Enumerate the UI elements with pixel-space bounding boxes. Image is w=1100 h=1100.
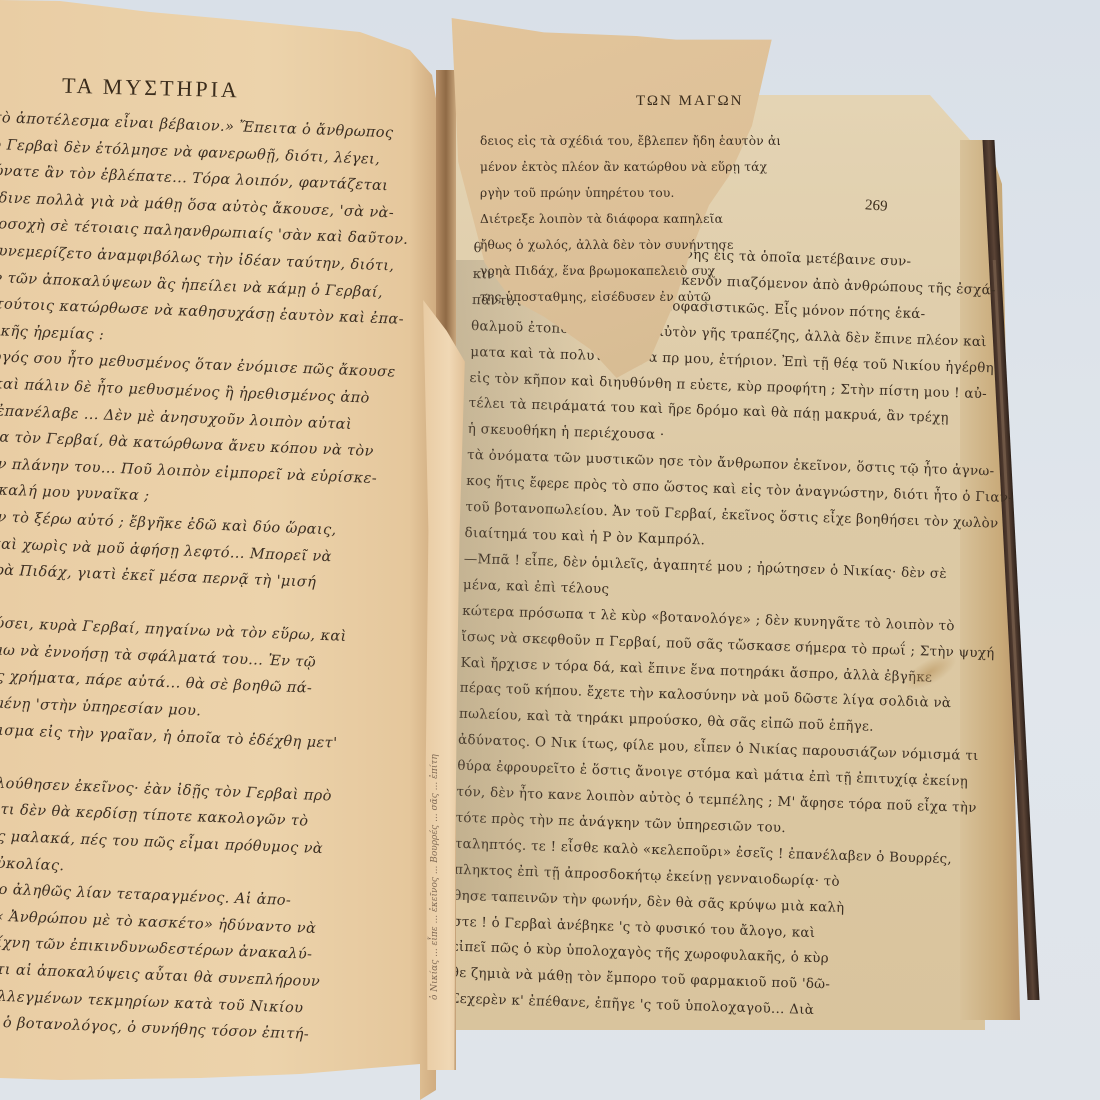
text-line: δειος εἰς τὰ σχέδιά του, ἔβλεπεν ἤδη ἑαυ… [480,128,780,154]
torn-flap-text: δειος εἰς τὰ σχέδιά του, ἔβλεπεν ἤδη ἑαυ… [480,128,780,310]
left-page-text: τὸ ἀποτέλεσμα εἶναι βέβαιον.» Ἔπειτα ὁ ἄ… [0,105,412,1051]
left-running-head: ΤΑ ΜΥΣΤΗΡΙΑ [62,73,241,104]
text-line: Διέτρεξε λοιπὸν τὰ διάφορα καπηλεῖα [480,206,780,232]
text-line: της ὑποσταθμης, εἰσέδυσεν ἐν αὐτῷ [480,284,780,310]
right-running-head: ΤΩΝ ΜΑΓΩΝ [636,93,743,110]
text-line: μένον ἐκτὸς πλέον ἂν κατώρθου νὰ εὕρῃ τά… [480,154,780,180]
text-line: ργὴν τοῦ πρώην ὑπηρέτου του. [480,180,780,206]
text-line: ἤθως ὁ χωλός, ἀλλὰ δὲν τὸν συνήντησε [480,232,780,258]
right-page-text: θητο ἐνώπιον ἡμισυντετριμμένης εἰς τὰ ὁπ… [450,236,954,1028]
page-number: 269 [864,197,888,216]
text-line: γρηὰ Πιδάχ, ἕνα βρωμοκαπελειὸ συχ [480,258,780,284]
torn-strip-text: ὁ Νικίας ... εἶπε ... ἐκεῖνος ... Βουρρέ… [428,360,468,1000]
